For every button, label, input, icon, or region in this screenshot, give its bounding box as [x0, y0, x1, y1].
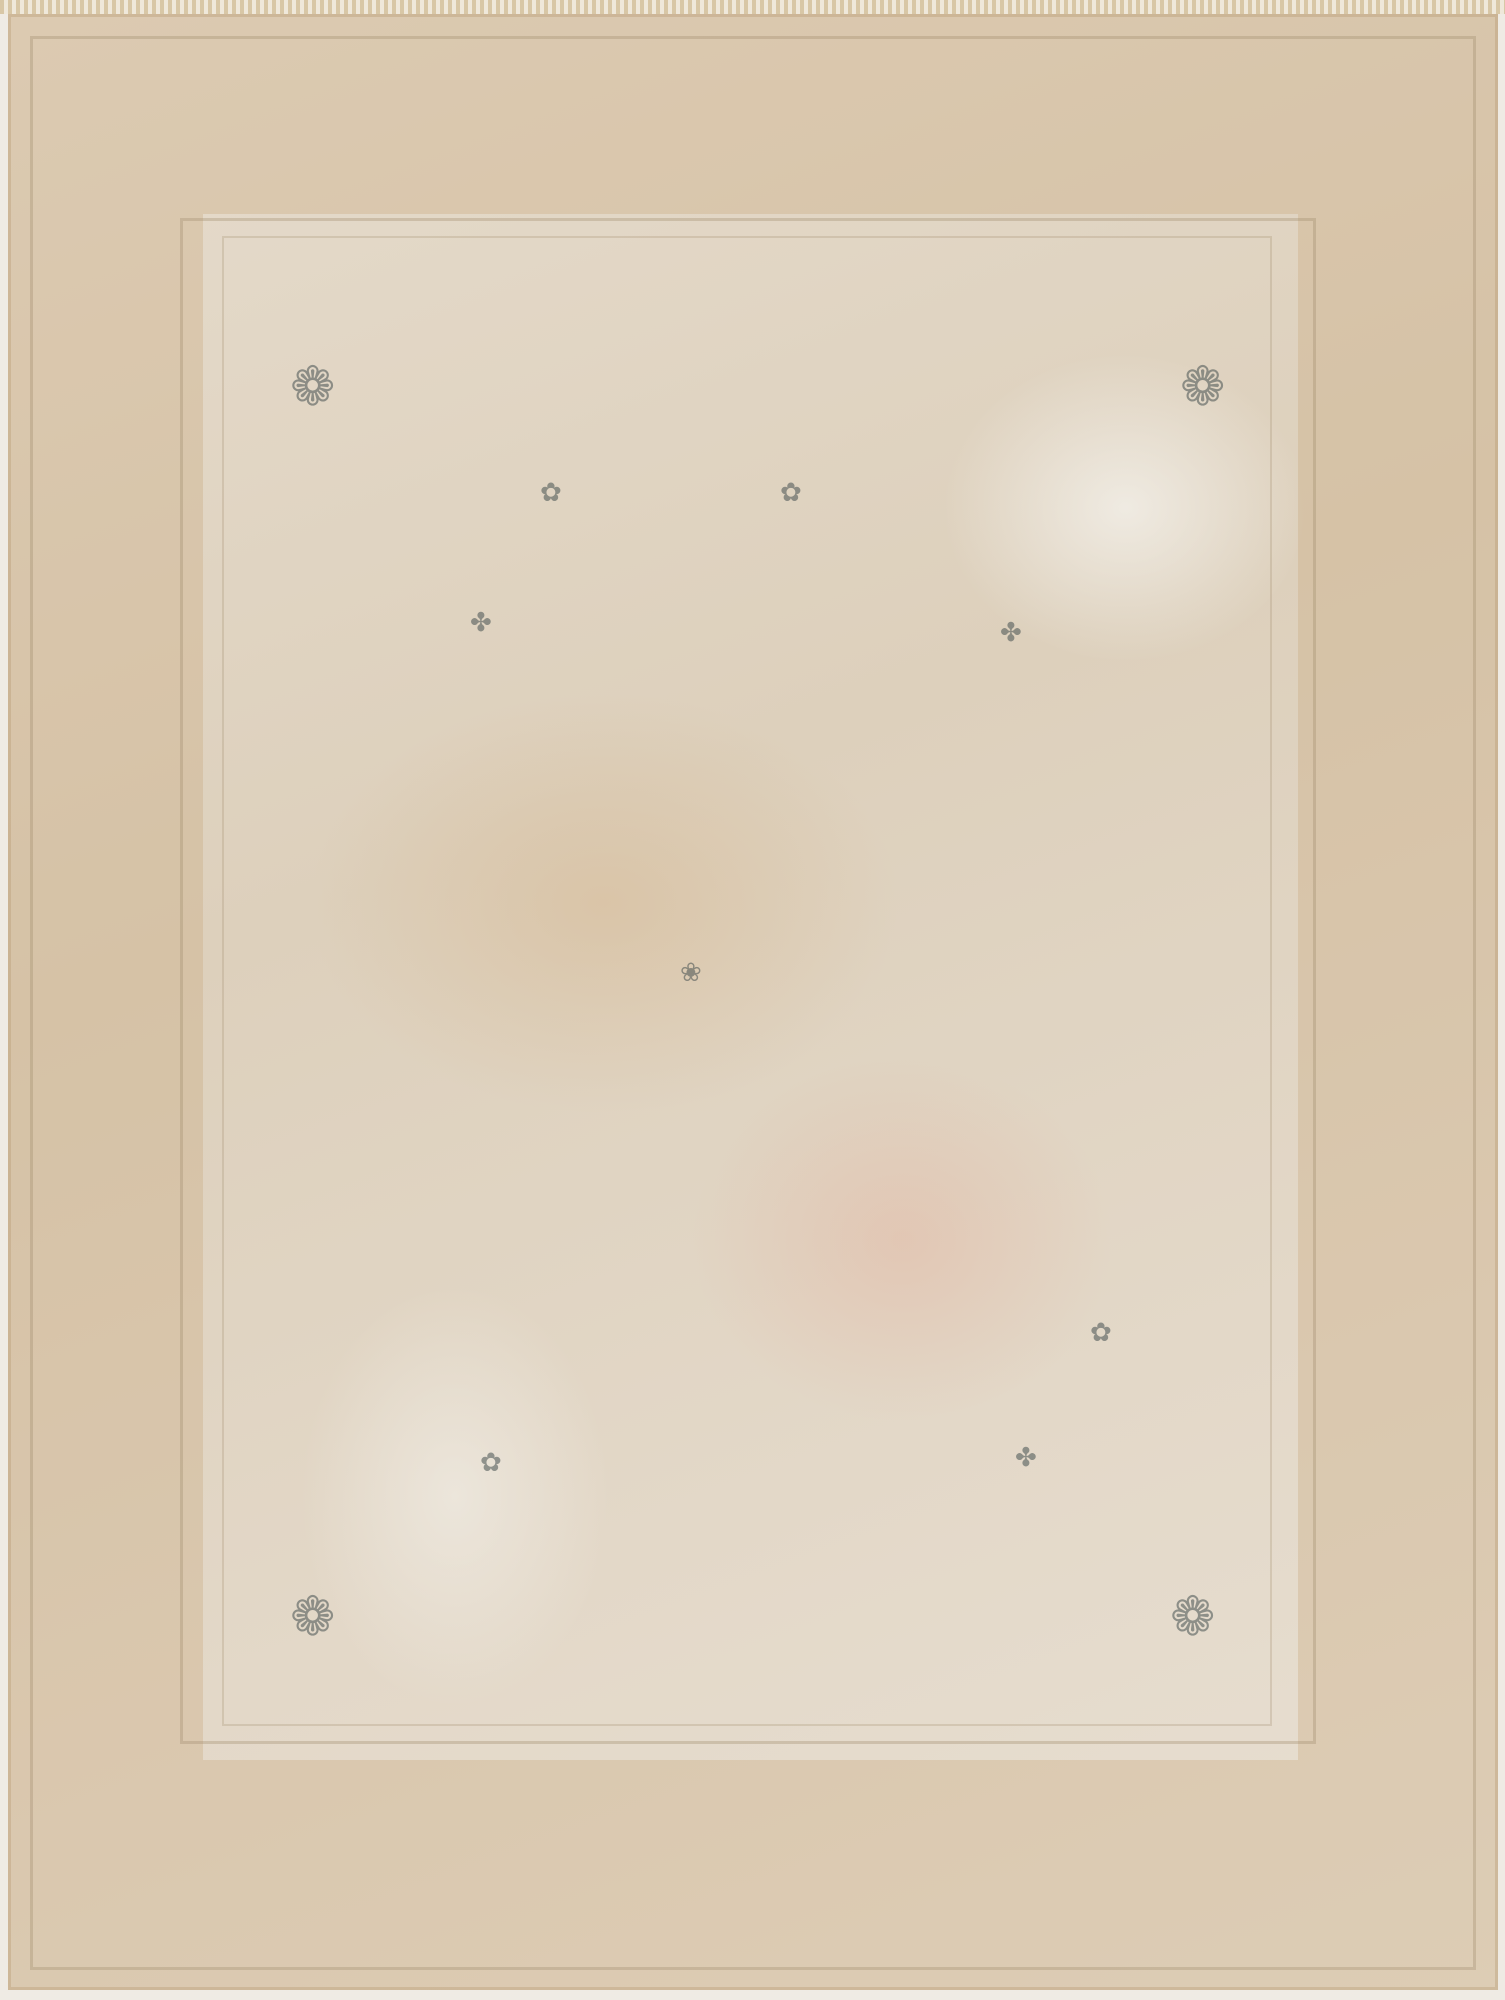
floral-motif: ✤	[1015, 1445, 1037, 1471]
medallion-motif: ❁	[290, 1590, 335, 1644]
medallion-motif: ❁	[290, 360, 335, 414]
rug-fringe	[0, 0, 1505, 14]
floral-motif: ✿	[1090, 1320, 1112, 1346]
medallion-motif: ❁	[1180, 360, 1225, 414]
floral-motif: ✿	[480, 1450, 502, 1476]
floral-motif: ✿	[780, 480, 802, 506]
floral-motif: ✤	[1000, 620, 1022, 646]
rug-photo: ✿ ✿ ✤ ✤ ❀ ✿ ✤ ✿ ❁ ❁ ❁ ❁	[0, 0, 1505, 2000]
medallion-motif: ❁	[1170, 1590, 1215, 1644]
floral-motif: ❀	[680, 960, 702, 986]
floral-motif: ✿	[540, 480, 562, 506]
rug-central-field	[222, 236, 1272, 1726]
floral-motif: ✤	[470, 610, 492, 636]
